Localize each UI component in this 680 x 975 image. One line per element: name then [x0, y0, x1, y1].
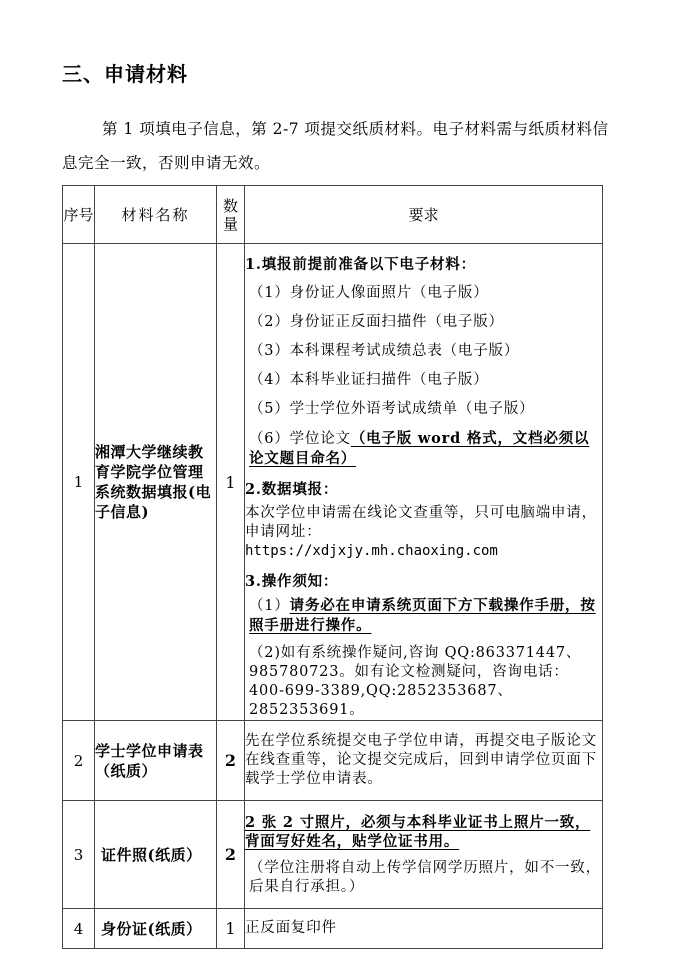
req-emphasis: 2 张 2 寸照片，必须与本科毕业证书上照片一致，背面写好姓名，贴学位证书用。: [245, 813, 602, 851]
row-name: 证件照(纸质）: [95, 801, 217, 909]
req-section-2-title: 2.数据填报：: [245, 475, 602, 504]
req-item-6-prefix: （6）学位论文: [249, 431, 351, 447]
req-text: 正反面复印件: [245, 919, 602, 938]
row-requirements: 2 张 2 寸照片，必须与本科毕业证书上照片一致，背面写好姓名，贴学位证书用。 …: [245, 801, 603, 909]
row-no: 1: [63, 244, 95, 721]
req-section-3-item-1-emphasis: 请务必在申请系统页面下方下载操作手册，按照手册进行操作。: [249, 597, 596, 634]
intro-paragraph: 第 1 项填电子信息，第 2-7 项提交纸质材料。电子材料需与纸质材料信息完全一…: [62, 112, 610, 180]
req-item: （3）本科课程考试成绩总表（电子版）: [245, 337, 602, 366]
req-section-2-text: 本次学位申请需在线论文查重等，只可电脑端申请，申请网址：: [245, 504, 602, 542]
header-name: 材料名称: [95, 186, 217, 244]
row-requirements: 先在学位系统提交电子学位申请，再提交电子版论文在线查重等，论文提交完成后，回到申…: [245, 721, 603, 801]
req-section-1-title: 1.填报前提前准备以下电子材料：: [245, 250, 602, 279]
req-item: （5）学士学位外语考试成绩单（电子版）: [245, 395, 602, 424]
row-name: 学士学位申请表（纸质）: [95, 721, 217, 801]
row-name: 湘潭大学继续教育学院学位管理系统数据填报(电子信息): [95, 244, 217, 721]
req-section-3-title: 3.操作须知：: [245, 567, 602, 596]
header-qty: 数量: [217, 186, 245, 244]
req-item-6: （6）学位论文（电子版 word 格式，文档必须以论文题目命名）: [245, 429, 602, 469]
row-requirements: 1.填报前提前准备以下电子材料： （1）身份证人像面照片（电子版） （2）身份证…: [245, 244, 603, 721]
row-no: 2: [63, 721, 95, 801]
table-row: 2 学士学位申请表（纸质） 2 先在学位系统提交电子学位申请，再提交电子版论文在…: [63, 721, 603, 801]
table-header-row: 序号 材料名称 数量 要求: [63, 186, 603, 244]
req-item: （2）身份证正反面扫描件（电子版）: [245, 308, 602, 337]
req-note: （学位注册将自动上传学信网学历照片，如不一致，后果自行承担。）: [245, 859, 602, 897]
req-item: （1）身份证人像面照片（电子版）: [245, 279, 602, 308]
materials-table: 序号 材料名称 数量 要求 1 湘潭大学继续教育学院学位管理系统数据填报(电子信…: [62, 185, 603, 949]
row-no: 4: [63, 909, 95, 949]
section-heading: 三、申请材料: [62, 58, 188, 87]
row-no: 3: [63, 801, 95, 909]
req-section-3-item-2: （2)如有系统操作疑问,咨询 QQ:863371447、985780723。如有…: [245, 644, 602, 720]
row-requirements: 正反面复印件: [245, 909, 603, 949]
table-row: 3 证件照(纸质） 2 2 张 2 寸照片，必须与本科毕业证书上照片一致，背面写…: [63, 801, 603, 909]
application-url-link[interactable]: https://xdjxjy.mh.chaoxing.com: [245, 542, 602, 561]
row-qty: 2: [217, 801, 245, 909]
row-name: 身份证(纸质）: [95, 909, 217, 949]
req-section-3-item-1: （1）请务必在申请系统页面下方下载操作手册，按照手册进行操作。: [245, 596, 602, 636]
table-row: 1 湘潭大学继续教育学院学位管理系统数据填报(电子信息) 1 1.填报前提前准备…: [63, 244, 603, 721]
header-no: 序号: [63, 186, 95, 244]
row-qty: 1: [217, 909, 245, 949]
row-qty: 1: [217, 244, 245, 721]
table-row: 4 身份证(纸质） 1 正反面复印件: [63, 909, 603, 949]
header-req: 要求: [245, 186, 603, 244]
req-text: 先在学位系统提交电子学位申请，再提交电子版论文在线查重等，论文提交完成后，回到申…: [245, 732, 602, 789]
req-section-3-item-1-prefix: （1）: [249, 598, 290, 614]
row-qty: 2: [217, 721, 245, 801]
req-item: （4）本科毕业证扫描件（电子版）: [245, 366, 602, 395]
